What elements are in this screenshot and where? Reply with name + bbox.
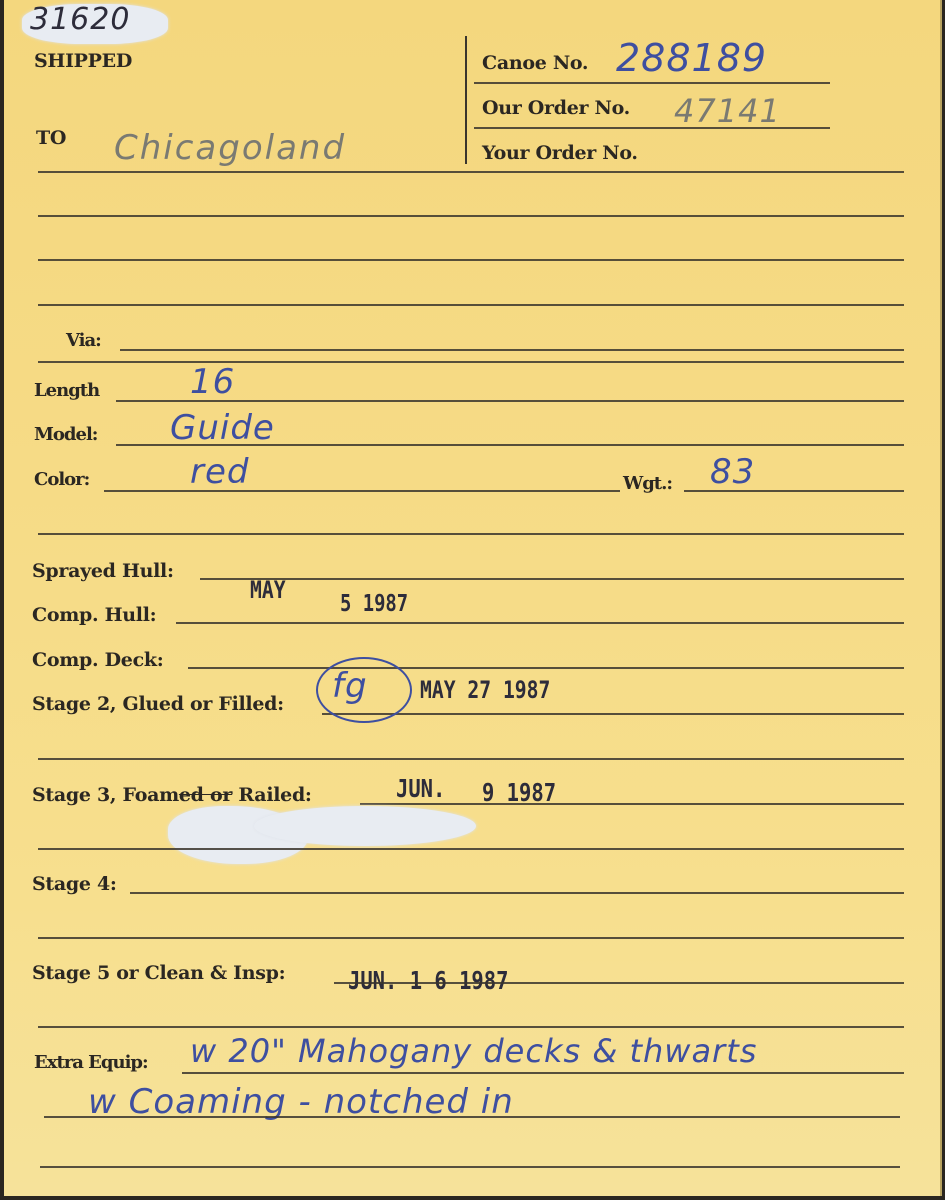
our-order-value: 47141 xyxy=(674,92,781,130)
spec-separator-line xyxy=(38,533,904,535)
to-label: TO xyxy=(36,127,66,149)
sprayed-hull-label: Sprayed Hull: xyxy=(32,560,174,582)
your-order-label: Your Order No. xyxy=(482,142,638,164)
our-order-line xyxy=(474,127,830,129)
length-line xyxy=(116,400,904,402)
stage4-line xyxy=(130,892,904,894)
extra-equip-line xyxy=(182,1072,904,1074)
address-line-3 xyxy=(38,259,904,261)
comp-hull-label: Comp. Hull: xyxy=(32,604,156,626)
stage5-line xyxy=(334,982,904,984)
stage3-label: Stage 3, Foamed or Railed: xyxy=(32,784,312,806)
stage3-underline xyxy=(38,848,904,850)
stage3-line xyxy=(360,803,904,805)
stage2-underline xyxy=(38,758,904,760)
corner-number: 31620 xyxy=(30,2,130,37)
canoe-no-value: 288189 xyxy=(616,36,767,80)
model-label: Model: xyxy=(34,424,97,445)
stage3-label-struck: ed or xyxy=(179,784,232,806)
our-order-label: Our Order No. xyxy=(482,97,630,119)
comp-hull-stamp-month: MAY xyxy=(250,576,286,604)
shipped-label: SHIPPED xyxy=(34,50,132,72)
via-line xyxy=(120,349,904,351)
comp-deck-line xyxy=(188,667,904,669)
stage2-line xyxy=(322,713,904,715)
color-label: Color: xyxy=(34,469,89,490)
via-underline xyxy=(38,361,904,363)
to-value: Chicagoland xyxy=(114,128,346,168)
color-value: red xyxy=(190,452,249,492)
extra-equip-label: Extra Equip: xyxy=(34,1052,148,1073)
length-label: Length xyxy=(34,380,99,401)
canoe-no-line xyxy=(474,82,830,84)
weight-value: 83 xyxy=(710,452,755,492)
sprayed-hull-line xyxy=(200,578,904,580)
stage4-underline xyxy=(38,937,904,939)
model-value: Guide xyxy=(170,408,275,448)
canoe-order-card: 31620 SHIPPED TO Chicagoland Canoe No. 2… xyxy=(4,0,942,1196)
stage5-underline xyxy=(38,1026,904,1028)
comp-hull-stamp-date: 5 1987 xyxy=(340,591,408,617)
stage2-initials: fg xyxy=(332,666,368,706)
weight-line xyxy=(684,490,904,492)
weight-label: Wgt.: xyxy=(623,473,672,494)
stage3-stamp-month: JUN. xyxy=(396,774,445,803)
whiteout-correction-2 xyxy=(254,806,476,846)
extra-equip-line-3 xyxy=(40,1166,900,1168)
stage3-label-pre: Stage 3, Foam xyxy=(32,784,179,806)
address-line-2 xyxy=(38,215,904,217)
stage2-stamp: MAY 27 1987 xyxy=(420,676,550,704)
comp-deck-label: Comp. Deck: xyxy=(32,649,163,671)
via-label: Via: xyxy=(66,330,101,351)
address-line-4 xyxy=(38,304,904,306)
stage4-label: Stage 4: xyxy=(32,873,117,895)
stage5-label: Stage 5 or Clean & Insp: xyxy=(32,962,285,984)
canoe-no-label: Canoe No. xyxy=(482,52,588,74)
extra-equip-line1: w 20" Mahogany decks & thwarts xyxy=(190,1032,757,1070)
stage2-label: Stage 2, Glued or Filled: xyxy=(32,693,284,715)
address-line-1 xyxy=(38,171,904,173)
stage5-stamp: JUN. 1 6 1987 xyxy=(348,966,508,995)
header-divider xyxy=(465,36,467,164)
color-line xyxy=(104,490,620,492)
comp-hull-line xyxy=(176,622,904,624)
model-line xyxy=(116,444,904,446)
stage3-label-post: Railed: xyxy=(232,784,312,806)
length-value: 16 xyxy=(190,362,235,402)
extra-equip-line-2 xyxy=(44,1116,900,1118)
